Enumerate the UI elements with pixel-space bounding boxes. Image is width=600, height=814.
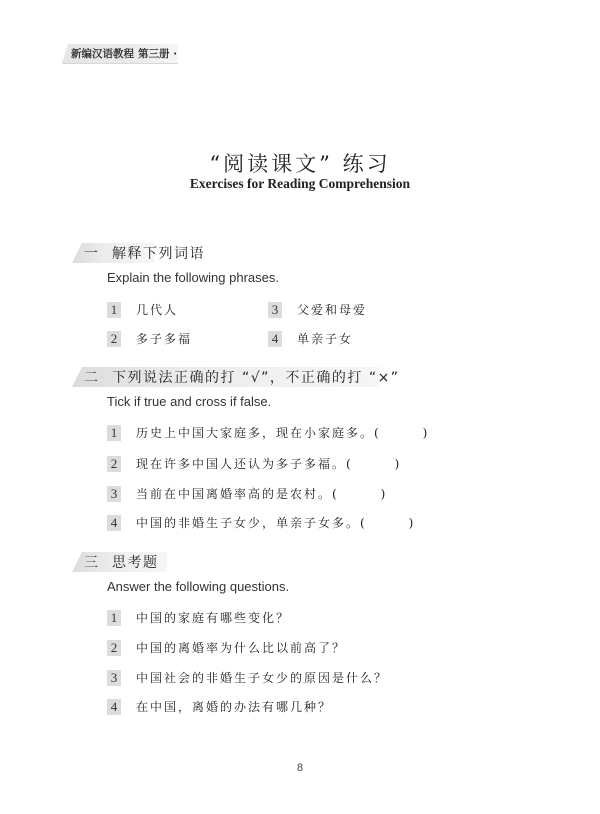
list-item: 2 现在许多中国人还认为多子多福。( ): [107, 455, 401, 472]
item-text: 中国社会的非婚生子女少的原因是什么？: [136, 669, 388, 686]
volume-label: 第三册 · 练习册: [138, 46, 212, 61]
item-text: 中国的非婚生子女少，单亲子女多。( ): [136, 514, 415, 531]
item-number-badge: 4: [268, 331, 282, 347]
item-number-badge: 3: [268, 302, 282, 318]
list-item: 3 父爱和母爱: [268, 301, 367, 318]
list-item: 3 当前在中国离婚率高的是农村。( ): [107, 485, 387, 502]
item-text: 几代人: [136, 301, 178, 318]
list-item: 3 中国社会的非婚生子女少的原因是什么？: [107, 669, 388, 686]
list-item: 4 在中国，离婚的办法有哪几种？: [107, 698, 332, 715]
section-instruction: Explain the following phrases.: [107, 270, 279, 285]
item-number-badge: 1: [107, 302, 121, 318]
section-heading-2: 二 下列说法正确的打 “√”，不正确的打 “×”: [72, 367, 400, 387]
item-text: 单亲子女: [297, 330, 353, 347]
item-text: 中国的家庭有哪些变化？: [136, 609, 290, 626]
list-item: 2 中国的离婚率为什么比以前高了？: [107, 639, 346, 656]
item-text: 历史上中国大家庭多，现在小家庭多。( ): [136, 424, 429, 441]
running-header: 新编汉语教程 第三册 · 练习册: [62, 44, 178, 63]
section-number: 三: [72, 552, 112, 572]
item-text: 当前在中国离婚率高的是农村。( ): [136, 485, 387, 502]
item-text: 中国的离婚率为什么比以前高了？: [136, 639, 346, 656]
section-number: 一: [72, 243, 112, 263]
list-item: 1 中国的家庭有哪些变化？: [107, 609, 290, 626]
list-item: 4 中国的非婚生子女少，单亲子女多。( ): [107, 514, 415, 531]
section-heading-text: 思考题: [112, 552, 159, 572]
item-number-badge: 3: [107, 670, 121, 686]
item-number-badge: 1: [107, 610, 121, 626]
page-title-chinese: “阅读课文” 练习: [0, 148, 600, 178]
header-underline: [62, 63, 178, 64]
page-number: 8: [0, 762, 600, 774]
book-title: 新编汉语教程: [62, 46, 134, 61]
page-title-english: Exercises for Reading Comprehension: [0, 176, 600, 192]
list-item: 2 多子多福: [107, 330, 192, 347]
section-heading-1: 一 解释下列词语: [72, 243, 205, 263]
item-text: 多子多福: [136, 330, 192, 347]
list-item: 1 几代人: [107, 301, 178, 318]
item-text: 在中国，离婚的办法有哪几种？: [136, 698, 332, 715]
item-number-badge: 1: [107, 425, 121, 441]
item-number-badge: 2: [107, 331, 121, 347]
list-item: 4 单亲子女: [268, 330, 353, 347]
section-heading-3: 三 思考题: [72, 552, 159, 572]
list-item: 1 历史上中国大家庭多，现在小家庭多。( ): [107, 424, 429, 441]
item-number-badge: 4: [107, 515, 121, 531]
item-text: 父爱和母爱: [297, 301, 367, 318]
item-text: 现在许多中国人还认为多子多福。( ): [136, 455, 401, 472]
section-number: 二: [72, 367, 112, 387]
item-number-badge: 3: [107, 486, 121, 502]
item-number-badge: 2: [107, 456, 121, 472]
section-heading-text: 解释下列词语: [112, 243, 205, 263]
section-heading-text: 下列说法正确的打 “√”，不正确的打 “×”: [112, 367, 400, 387]
section-instruction: Tick if true and cross if false.: [107, 394, 271, 409]
section-instruction: Answer the following questions.: [107, 579, 289, 594]
item-number-badge: 4: [107, 699, 121, 715]
document-page: 新编汉语教程 第三册 · 练习册 “阅读课文” 练习 Exercises for…: [0, 0, 600, 814]
item-number-badge: 2: [107, 640, 121, 656]
